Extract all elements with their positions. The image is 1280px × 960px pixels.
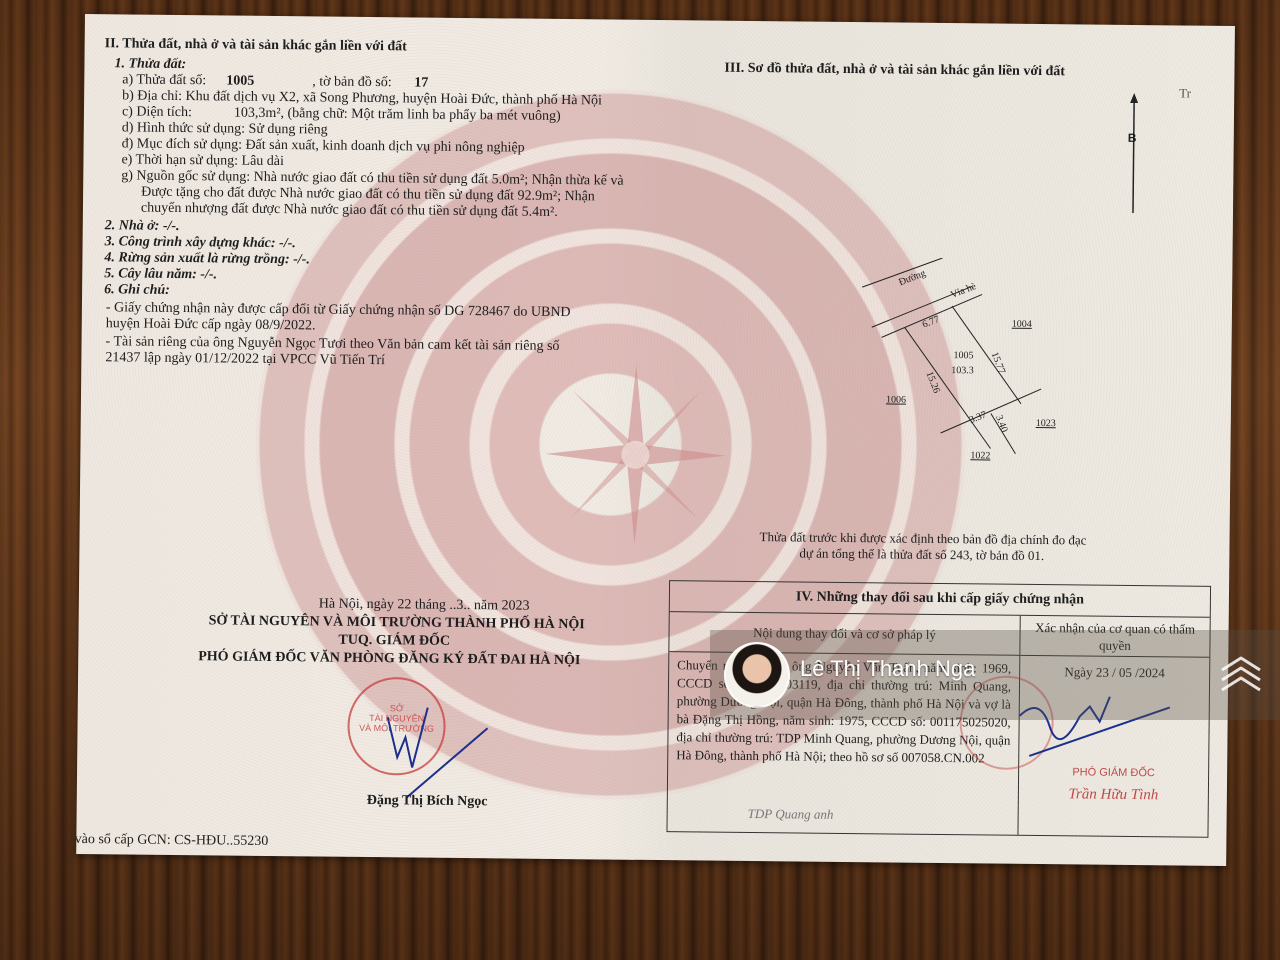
- item-other-construction: 3. Công trình xây dựng khác: -/-.: [105, 234, 296, 252]
- watermark-name: Lê Thị Thanh Nga: [800, 656, 975, 682]
- item-perennial-trees: 5. Cây lâu năm: -/-.: [104, 266, 217, 283]
- svg-text:3.37: 3.37: [968, 409, 988, 426]
- watermark-banner: [710, 630, 1280, 720]
- note-line-2: huyện Hoài Đức cấp ngày 08/9/2022.: [106, 316, 316, 334]
- svg-text:1005: 1005: [953, 350, 973, 361]
- land-use-certificate: II. Thửa đất, nhà ở và tài sản khác gắn …: [76, 14, 1235, 866]
- svg-text:1023: 1023: [1036, 418, 1056, 429]
- item-house: 2. Nhà ở: -/-.: [105, 218, 180, 235]
- parcel-diagram: Đường Vỉa hè 6.77 15.77 15.26 3.37 3.40 …: [840, 257, 1102, 470]
- svg-text:6.77: 6.77: [921, 314, 941, 331]
- svg-text:15.77: 15.77: [989, 351, 1007, 376]
- confirm-title: PHÓ GIÁM ĐỐC: [1019, 766, 1208, 780]
- north-label: B: [1128, 131, 1137, 145]
- map-sheet-label: , tờ bản đồ số:: [312, 74, 392, 91]
- north-arrow-icon: [1123, 93, 1144, 213]
- corner-handwritten-mark: Tr: [1179, 85, 1191, 101]
- stacked-chevrons-logo-icon: [1218, 652, 1264, 700]
- star-emblem-icon: [544, 364, 726, 546]
- usage-term: e) Thời hạn sử dụng: Lâu dài: [121, 152, 284, 170]
- area-label: c) Diện tích:: [122, 104, 192, 121]
- confirm-signer: Trần Hữu Tình: [1019, 786, 1208, 805]
- map-sheet-value: 17: [414, 75, 428, 91]
- parcel-heading: 1. Thửa đất:: [114, 56, 186, 73]
- registry-number: Số vào sổ cấp GCN: CS-HĐU..55230: [76, 832, 268, 850]
- parcel-number-label: a) Thửa đất số:: [122, 72, 206, 89]
- parcel-number-value: 1005: [226, 73, 254, 89]
- svg-text:1006: 1006: [886, 394, 906, 405]
- issue-date: Hà Nội, ngày 22 tháng ..3.. năm 2023: [319, 596, 530, 614]
- origin-line-3: chuyển nhượng đất được Nhà nước giao đất…: [141, 201, 558, 221]
- svg-text:1022: 1022: [970, 450, 990, 461]
- svg-text:3.40: 3.40: [993, 414, 1010, 434]
- section-3-title: III. Sơ đồ thửa đất, nhà ở và tài sản kh…: [724, 61, 1065, 81]
- section-2-title: II. Thửa đất, nhà ở và tài sản khác gắn …: [105, 36, 407, 55]
- signature-mark: [357, 697, 498, 808]
- handwritten-note: TDP Quang anh: [748, 806, 834, 823]
- svg-text:Đường: Đường: [897, 268, 927, 288]
- prior-parcel-note-2: dự án tổng thể là thửa đất số 243, tờ bả…: [799, 546, 1044, 565]
- item-notes-heading: 6. Ghi chú:: [104, 282, 170, 299]
- svg-text:1004: 1004: [1012, 319, 1032, 330]
- issuing-organization: SỞ TÀI NGUYÊN VÀ MÔI TRƯỜNG THÀNH PHỐ HÀ…: [209, 613, 585, 633]
- on-behalf-director: TUQ. GIÁM ĐỐC: [338, 633, 450, 650]
- svg-text:15.26: 15.26: [923, 370, 941, 395]
- signer-position: PHÓ GIÁM ĐỐC VĂN PHÒNG ĐĂNG KÝ ĐẤT ĐAI H…: [198, 649, 580, 669]
- signer-name: Đặng Thị Bích Ngọc: [367, 793, 488, 810]
- user-avatar-icon: [724, 642, 790, 708]
- svg-text:103.3: 103.3: [951, 365, 974, 376]
- note-line-4: 21437 lập ngày 01/12/2022 tại VPCC Vũ Ti…: [105, 350, 385, 369]
